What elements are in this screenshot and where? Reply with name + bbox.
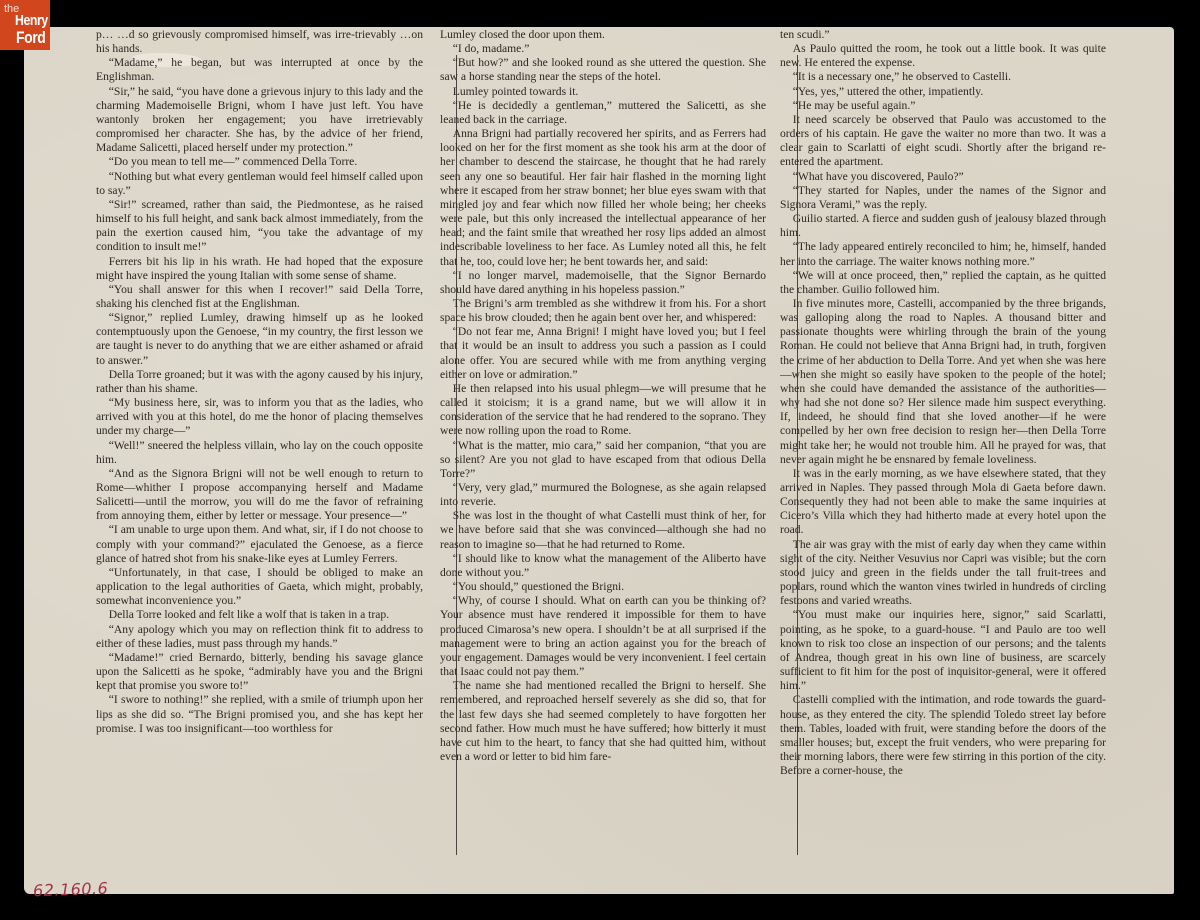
text-column-2: Lumley closed the door upon them.“I do, … — [440, 28, 766, 764]
accession-number: 62.160.6 — [33, 879, 109, 901]
paragraph: “Very, very glad,” murmured the Bolognes… — [440, 481, 766, 509]
paragraph: “You must make our inquiries here, signo… — [780, 608, 1106, 693]
paragraph: Guilio started. A fierce and sudden gush… — [780, 212, 1106, 240]
paragraph: “My business here, sir, was to inform yo… — [96, 396, 423, 438]
henry-ford-logo: the Henry Ford — [0, 0, 50, 50]
paragraph: “He is decidedly a gentleman,” muttered … — [440, 99, 766, 127]
paragraph: “Madame,” he began, but was interrupted … — [96, 56, 423, 84]
paragraph: “We will at once proceed, then,” replied… — [780, 269, 1106, 297]
paragraph: “Nothing but what every gentleman would … — [96, 170, 423, 198]
paragraph: p… …d so grievously compromised himself,… — [96, 28, 423, 56]
paragraph: It was in the early morning, as we have … — [780, 467, 1106, 538]
paragraph: “What have you discovered, Paulo?” — [780, 170, 1106, 184]
logo-ford: Ford — [16, 28, 45, 48]
paragraph: Ferrers bit his lip in his wrath. He had… — [96, 255, 423, 283]
paragraph: ten scudi.” — [780, 28, 1106, 42]
paragraph: Della Torre groaned; but it was with the… — [96, 368, 423, 396]
paragraph: As Paulo quitted the room, he took out a… — [780, 42, 1106, 70]
paragraph: “Why, of course I should. What on earth … — [440, 594, 766, 679]
paragraph: The air was gray with the mist of early … — [780, 538, 1106, 609]
paragraph: “Do not fear me, Anna Brigni! I might ha… — [440, 325, 766, 382]
paragraph: “I swore to nothing!” she replied, with … — [96, 693, 423, 735]
paragraph: It need scarcely be observed that Paulo … — [780, 113, 1106, 170]
paragraph: Castelli complied with the intimation, a… — [780, 693, 1106, 778]
logo-henry: Henry — [15, 12, 48, 29]
paragraph: “The lady appeared entirely reconciled t… — [780, 240, 1106, 268]
paragraph: “I should like to know what the manageme… — [440, 552, 766, 580]
paragraph: “Madame!” cried Bernardo, bitterly, bend… — [96, 651, 423, 693]
paragraph: The Brigni’s arm trembled as she withdre… — [440, 297, 766, 325]
paragraph: “I no longer marvel, mademoiselle, that … — [440, 269, 766, 297]
paragraph: “Any apology which you may on reflection… — [96, 623, 423, 651]
paragraph: “And as the Signora Brigni will not be w… — [96, 467, 423, 524]
paragraph: “Unfortunately, in that case, I should b… — [96, 566, 423, 608]
paragraph: “Do you mean to tell me—” commenced Dell… — [96, 155, 423, 169]
paragraph: Lumley closed the door upon them. — [440, 28, 766, 42]
paragraph: “You should,” questioned the Brigni. — [440, 580, 766, 594]
paragraph: Della Torre looked and felt like a wolf … — [96, 608, 423, 622]
paragraph: “Yes, yes,” uttered the other, impatient… — [780, 85, 1106, 99]
paragraph: “But how?” and she looked round as she u… — [440, 56, 766, 84]
text-column-3: ten scudi.”As Paulo quitted the room, he… — [780, 28, 1106, 778]
paragraph: The name she had mentioned recalled the … — [440, 679, 766, 764]
paragraph: “What is the matter, mio cara,” said her… — [440, 439, 766, 481]
paragraph: “He may be useful again.” — [780, 99, 1106, 113]
paragraph: “Well!” sneered the helpless villain, wh… — [96, 439, 423, 467]
paragraph: He then relapsed into his usual phlegm—w… — [440, 382, 766, 439]
paragraph: She was lost in the thought of what Cast… — [440, 509, 766, 551]
paragraph: Lumley pointed towards it. — [440, 85, 766, 99]
paragraph: “Signor,” replied Lumley, drawing himsel… — [96, 311, 423, 368]
text-column-1: p… …d so grievously compromised himself,… — [96, 28, 423, 736]
paragraph: In five minutes more, Castelli, accompan… — [780, 297, 1106, 467]
paragraph: “You shall answer for this when I recove… — [96, 283, 423, 311]
paragraph: Anna Brigni had partially recovered her … — [440, 127, 766, 269]
paragraph: “It is a necessary one,” he observed to … — [780, 70, 1106, 84]
paragraph: “I am unable to urge upon them. And what… — [96, 523, 423, 565]
paragraph: “I do, madame.” — [440, 42, 766, 56]
paragraph: “Sir!” screamed, rather than said, the P… — [96, 198, 423, 255]
paragraph: “Sir,” he said, “you have done a grievou… — [96, 85, 423, 156]
paragraph: “They started for Naples, under the name… — [780, 184, 1106, 212]
